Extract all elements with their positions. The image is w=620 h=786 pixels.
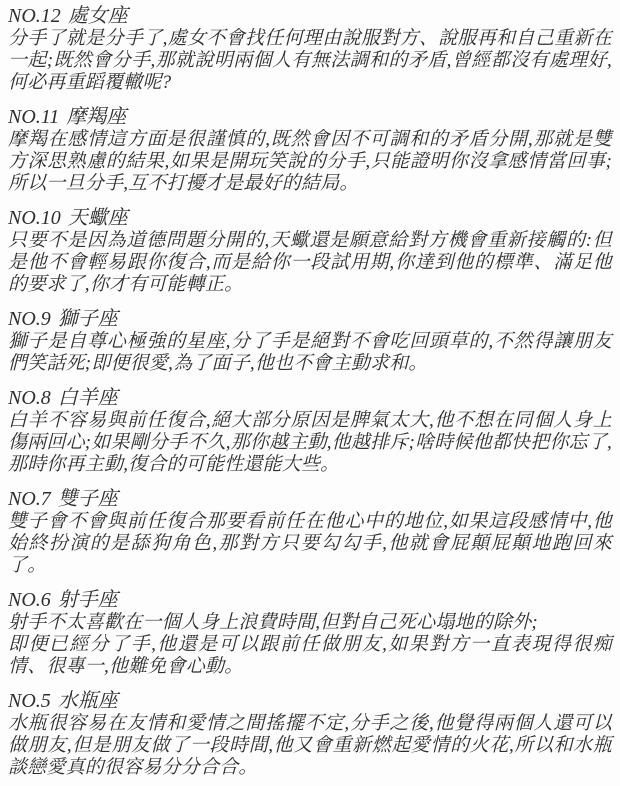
section-sign: 雙子座 [58, 488, 118, 510]
section-sign: 處女座 [68, 5, 128, 27]
section-body: 射手不太喜歡在一個人身上浪費時間,但對自己死心塌地的除外; 即便已經分了手,他還… [8, 612, 612, 678]
section-scorpio: NO.10天蠍座 只要不是因為道德問題分開的,天蠍還是願意給對方機會重新接觸的:… [8, 207, 612, 296]
section-number: NO.7 [8, 488, 51, 510]
section-body: 水瓶很容易在友情和愛情之間搖擺不定,分手之後,他覺得兩個人還可以做朋友,但是朋友… [8, 713, 612, 779]
section-body: 雙子會不會與前任復合那要看前任在他心中的地位,如果這段感情中,他始終扮演的是舔狗… [8, 511, 612, 577]
section-heading: NO.9獅子座 [8, 308, 612, 331]
section-number: NO.5 [8, 690, 51, 712]
section-virgo: NO.12處女座 分手了就是分手了,處女不會找任何理由說服對方、說服再和自己重新… [8, 5, 612, 94]
section-number: NO.9 [8, 308, 51, 330]
section-number: NO.12 [8, 5, 61, 27]
section-heading: NO.7雙子座 [8, 488, 612, 511]
section-leo: NO.9獅子座 獅子是自尊心極強的星座,分了手是絕對不會吃回頭草的,不然得讓朋友… [8, 308, 612, 375]
section-number: NO.6 [8, 589, 51, 611]
section-aries: NO.8白羊座 白羊不容易與前任復合,絕大部分原因是脾氣太大,他不想在同個人身上… [8, 387, 612, 476]
section-sign: 獅子座 [58, 308, 118, 330]
section-heading: NO.11摩羯座 [8, 106, 612, 129]
section-body: 獅子是自尊心極強的星座,分了手是絕對不會吃回頭草的,不然得讓朋友們笑話死;即便很… [8, 331, 612, 375]
section-number: NO.11 [8, 106, 59, 128]
section-number: NO.10 [8, 207, 61, 229]
section-capricorn: NO.11摩羯座 摩羯在感情這方面是很謹慎的,既然會因不可調和的矛盾分開,那就是… [8, 106, 612, 195]
section-heading: NO.10天蠍座 [8, 207, 612, 230]
document-page: NO.12處女座 分手了就是分手了,處女不會找任何理由說服對方、說服再和自己重新… [0, 0, 620, 786]
section-heading: NO.5水瓶座 [8, 690, 612, 713]
section-sign: 摩羯座 [66, 106, 126, 128]
section-body: 摩羯在感情這方面是很謹慎的,既然會因不可調和的矛盾分開,那就是雙方深思熟慮的結果… [8, 129, 612, 195]
section-sagittarius: NO.6射手座 射手不太喜歡在一個人身上浪費時間,但對自己死心塌地的除外; 即便… [8, 589, 612, 678]
section-body: 只要不是因為道德問題分開的,天蠍還是願意給對方機會重新接觸的:但是他不會輕易跟你… [8, 230, 612, 296]
section-heading: NO.12處女座 [8, 5, 612, 28]
section-sign: 白羊座 [58, 387, 118, 409]
section-heading: NO.6射手座 [8, 589, 612, 612]
section-body: 分手了就是分手了,處女不會找任何理由說服對方、說服再和自己重新在一起;既然會分手… [8, 28, 612, 94]
section-sign: 天蠍座 [68, 207, 128, 229]
section-gemini: NO.7雙子座 雙子會不會與前任復合那要看前任在他心中的地位,如果這段感情中,他… [8, 488, 612, 577]
section-sign: 水瓶座 [58, 690, 118, 712]
section-aquarius: NO.5水瓶座 水瓶很容易在友情和愛情之間搖擺不定,分手之後,他覺得兩個人還可以… [8, 690, 612, 779]
section-number: NO.8 [8, 387, 51, 409]
section-heading: NO.8白羊座 [8, 387, 612, 410]
section-sign: 射手座 [58, 589, 118, 611]
section-body: 白羊不容易與前任復合,絕大部分原因是脾氣太大,他不想在同個人身上傷兩回心;如果剛… [8, 410, 612, 476]
